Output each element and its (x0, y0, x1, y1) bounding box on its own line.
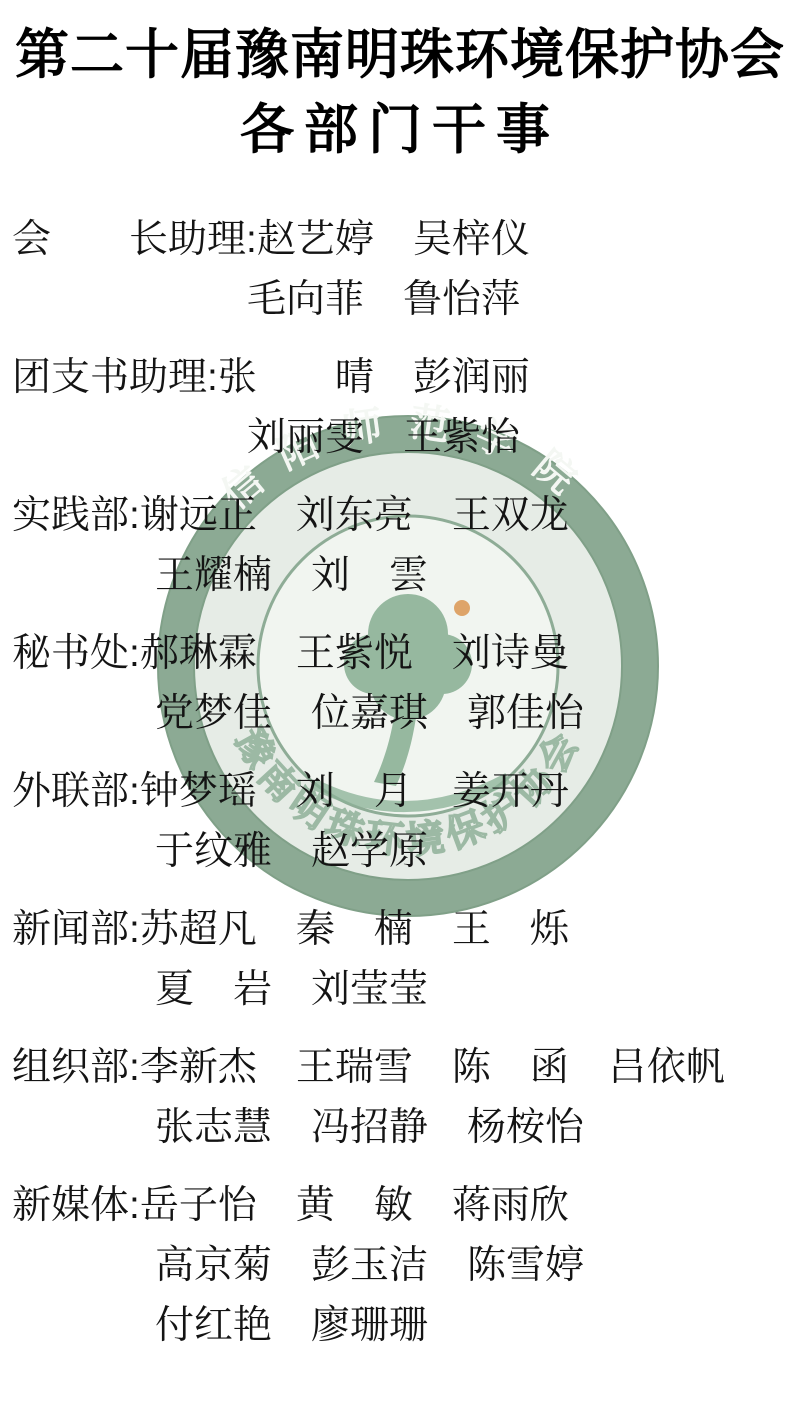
section-president-assistants: 会 长助理:赵艺婷 吴梓仪 毛向菲 鲁怡萍 (12, 210, 800, 330)
roster-row: 付红艳 廖珊珊 (12, 1296, 800, 1356)
roster-row: 刘丽雯 王紫怡 (12, 408, 800, 468)
section-youth-league-assistants: 团支书助理:张 晴 彭润丽 刘丽雯 王紫怡 (12, 348, 800, 468)
member-names: 苏超凡 秦 楠 王 烁 (140, 908, 569, 951)
department-label: 新闻部: (12, 908, 140, 951)
roster-row: 会 长助理:赵艺婷 吴梓仪 (12, 210, 800, 270)
roster-row: 党梦佳 位嘉琪 郭佳怡 (12, 684, 800, 744)
member-names: 张 晴 彭润丽 (218, 356, 530, 399)
member-names: 岳子怡 黄 敏 蒋雨欣 (140, 1184, 569, 1227)
department-label: 实践部: (12, 494, 140, 537)
member-names: 谢远正 刘东亮 王双龙 (140, 494, 569, 537)
department-label: 外联部: (12, 770, 140, 813)
member-names: 李新杰 王瑞雪 陈 函 吕依帆 (140, 1046, 725, 1089)
section-practice-dept: 实践部:谢远正 刘东亮 王双龙 王耀楠 刘 雲 (12, 486, 800, 606)
title-line-1: 第二十届豫南明珠环境保护协会 (0, 16, 800, 94)
roster-row: 新媒体:岳子怡 黄 敏 蒋雨欣 (12, 1176, 800, 1236)
department-label: 秘书处: (12, 632, 140, 675)
roster-row: 新闻部:苏超凡 秦 楠 王 烁 (12, 900, 800, 960)
roster-row: 外联部:钟梦瑶 刘 月 姜开丹 (12, 762, 800, 822)
roster-row: 组织部:李新杰 王瑞雪 陈 函 吕依帆 (12, 1038, 800, 1098)
section-organization-dept: 组织部:李新杰 王瑞雪 陈 函 吕依帆 张志慧 冯招静 杨桉怡 (12, 1038, 800, 1158)
roster-row: 实践部:谢远正 刘东亮 王双龙 (12, 486, 800, 546)
roster-row: 王耀楠 刘 雲 (12, 546, 800, 606)
page-title: 第二十届豫南明珠环境保护协会 各部门干事 (0, 16, 800, 166)
department-label: 团支书助理: (12, 356, 218, 399)
member-names: 郝琳霖 王紫悦 刘诗曼 (140, 632, 569, 675)
member-names: 钟梦瑶 刘 月 姜开丹 (140, 770, 569, 813)
section-secretariat: 秘书处:郝琳霖 王紫悦 刘诗曼 党梦佳 位嘉琪 郭佳怡 (12, 624, 800, 744)
document-content: 第二十届豫南明珠环境保护协会 各部门干事 会 长助理:赵艺婷 吴梓仪 毛向菲 鲁… (0, 0, 800, 1374)
roster-row: 秘书处:郝琳霖 王紫悦 刘诗曼 (12, 624, 800, 684)
section-external-relations-dept: 外联部:钟梦瑶 刘 月 姜开丹 于纹雅 赵学原 (12, 762, 800, 882)
roster-document: 信阳师范学院 豫南明珠环境保护协会 第二十届豫南明珠环境保护协会 各部门干事 会… (0, 0, 800, 1401)
section-new-media-dept: 新媒体:岳子怡 黄 敏 蒋雨欣 高京菊 彭玉洁 陈雪婷 付红艳 廖珊珊 (12, 1176, 800, 1356)
section-news-dept: 新闻部:苏超凡 秦 楠 王 烁 夏 岩 刘莹莹 (12, 900, 800, 1020)
department-label: 组织部: (12, 1046, 140, 1089)
roster-row: 高京菊 彭玉洁 陈雪婷 (12, 1236, 800, 1296)
member-names: 赵艺婷 吴梓仪 (257, 218, 530, 261)
roster-row: 毛向菲 鲁怡萍 (12, 270, 800, 330)
roster-row: 张志慧 冯招静 杨桉怡 (12, 1098, 800, 1158)
roster-row: 团支书助理:张 晴 彭润丽 (12, 348, 800, 408)
department-label: 新媒体: (12, 1184, 140, 1227)
department-label: 会 长助理: (12, 218, 257, 261)
roster-row: 夏 岩 刘莹莹 (12, 960, 800, 1020)
title-line-2: 各部门干事 (0, 94, 800, 166)
roster-row: 于纹雅 赵学原 (12, 822, 800, 882)
roster-list: 会 长助理:赵艺婷 吴梓仪 毛向菲 鲁怡萍 团支书助理:张 晴 彭润丽 刘丽雯 … (0, 210, 800, 1356)
